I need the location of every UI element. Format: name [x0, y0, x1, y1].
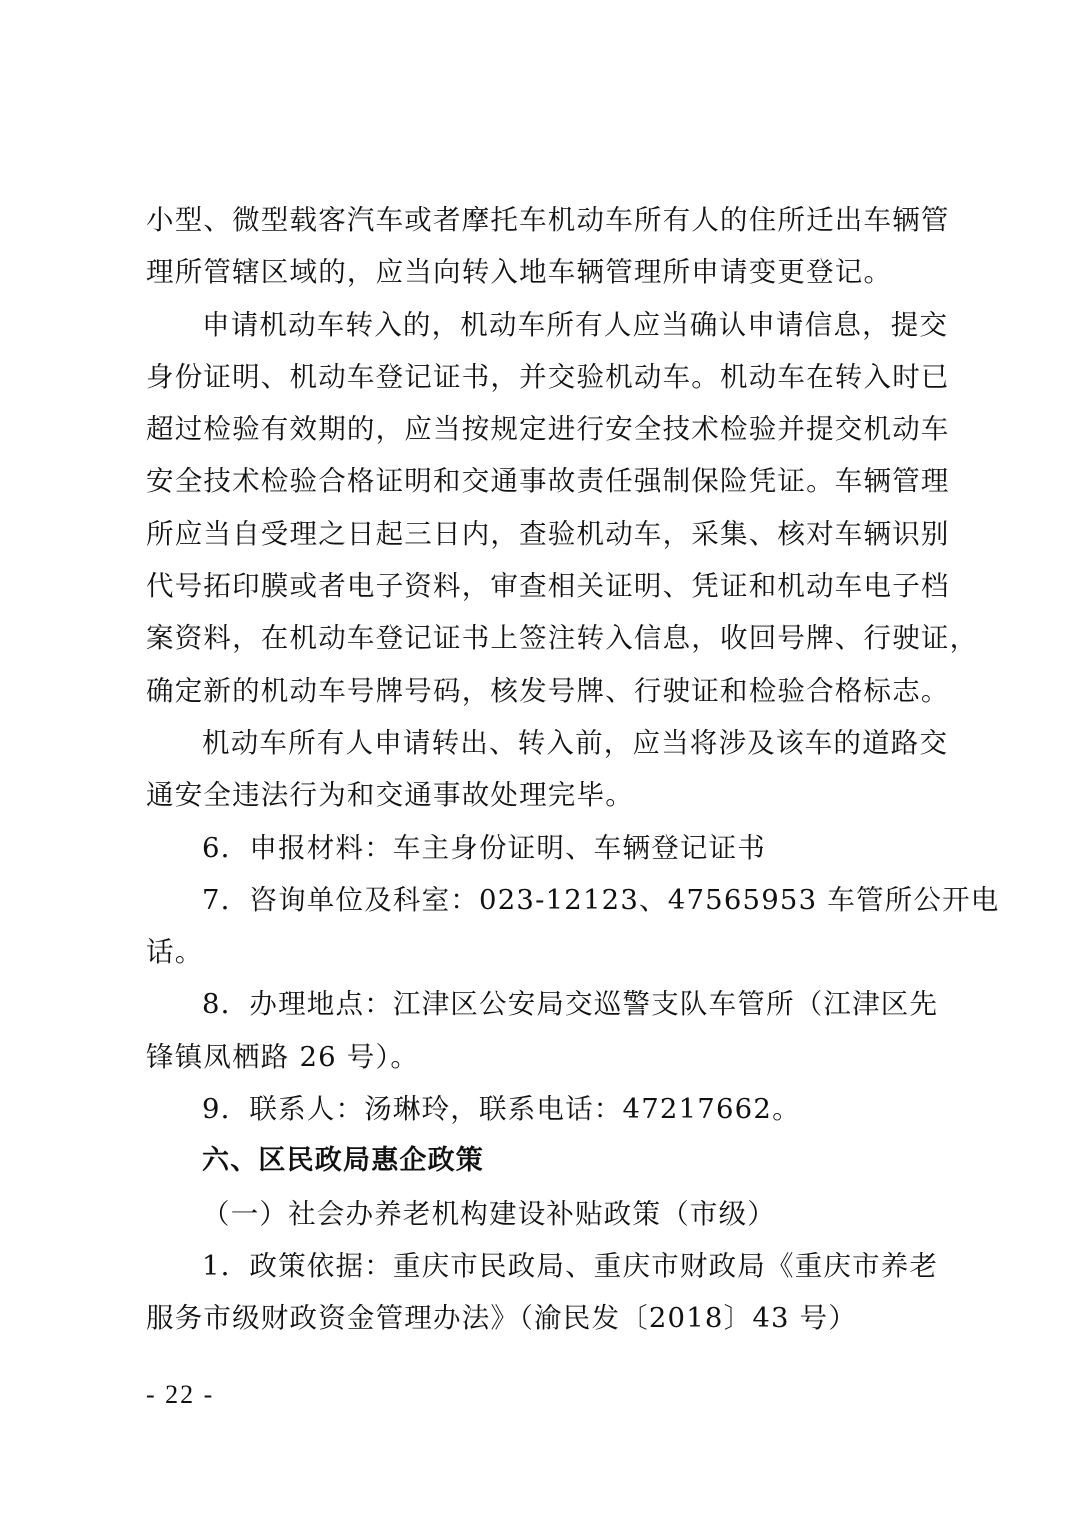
text-line: 所应当自受理之日起三日内，查验机动车，采集、核对车辆识别 — [146, 508, 942, 560]
text-line: 锋镇凤栖路 26 号）。 — [146, 1031, 942, 1083]
text-line: 通安全违法行为和交通事故处理完毕。 — [146, 769, 942, 821]
paragraph-start-line: 申请机动车转入的，机动车所有人应当确认申请信息，提交 — [146, 299, 942, 351]
list-item-contact: 9．联系人：汤琳玲，联系电话：47217662。 — [146, 1083, 942, 1135]
text-line: 理所管辖区域的，应当向转入地车辆管理所申请变更登记。 — [146, 246, 942, 298]
section-heading: 六、区民政局惠企政策 — [146, 1135, 942, 1187]
list-item-consult-unit: 7．咨询单位及科室：023-12123、47565953 车管所公开电 — [146, 874, 942, 926]
text-line: 话。 — [146, 926, 942, 978]
list-item-location: 8．办理地点：江津区公安局交巡警支队车管所（江津区先 — [146, 978, 942, 1030]
list-item-materials: 6．申报材料：车主身份证明、车辆登记证书 — [146, 822, 942, 874]
text-line: 安全技术检验合格证明和交通事故责任强制保险凭证。车辆管理 — [146, 455, 942, 507]
paragraph-start-line: 机动车所有人申请转出、转入前，应当将涉及该车的道路交 — [146, 717, 942, 769]
document-page-body: 小型、微型载客汽车或者摩托车机动车所有人的住所迁出车辆管 理所管辖区域的，应当向… — [146, 194, 942, 1345]
subsection-heading: （一）社会办养老机构建设补贴政策（市级） — [146, 1188, 942, 1240]
text-line: 超过检验有效期的，应当按规定进行安全技术检验并提交机动车 — [146, 403, 942, 455]
text-line: 代号拓印膜或者电子资料，审查相关证明、凭证和机动车电子档 — [146, 560, 942, 612]
text-line: 小型、微型载客汽车或者摩托车机动车所有人的住所迁出车辆管 — [146, 194, 942, 246]
text-line: 案资料，在机动车登记证书上签注转入信息，收回号牌、行驶证， — [146, 612, 942, 664]
text-line: 确定新的机动车号牌号码，核发号牌、行驶证和检验合格标志。 — [146, 665, 942, 717]
page-number: - 22 - — [146, 1380, 214, 1410]
list-item-policy-basis: 1．政策依据：重庆市民政局、重庆市财政局《重庆市养老 — [146, 1240, 942, 1292]
text-line: 服务市级财政资金管理办法》（渝民发〔2018〕43 号） — [146, 1292, 942, 1344]
text-line: 身份证明、机动车登记证书，并交验机动车。机动车在转入时已 — [146, 351, 942, 403]
